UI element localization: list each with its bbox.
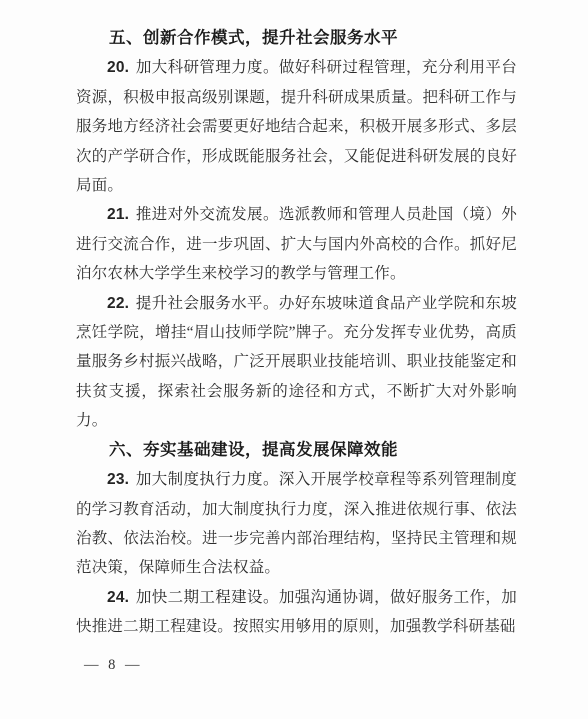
paragraph: 21. 推进对外交流发展。选派教师和管理人员赴国（境）外进行交流合作，进一步巩固… bbox=[76, 200, 517, 288]
paragraph-lead: 提升社会服务水平。 bbox=[136, 295, 279, 312]
paragraph-body: 做好科研过程管理，充分利用平台资源，积极申报高级别课题，提升科研成果质量。把科研… bbox=[76, 59, 517, 194]
paragraph-number: 21. bbox=[107, 206, 134, 223]
section-heading: 六、夯实基础建设，提高发展保障效能 bbox=[76, 436, 517, 465]
document-page: 五、创新合作模式，提升社会服务水平20. 加大科研管理力度。做好科研过程管理，充… bbox=[0, 0, 588, 719]
paragraph-lead: 加大科研管理力度。 bbox=[136, 59, 279, 76]
paragraph-lead: 加快二期工程建设。 bbox=[136, 589, 279, 606]
document-content: 五、创新合作模式，提升社会服务水平20. 加大科研管理力度。做好科研过程管理，充… bbox=[76, 24, 517, 642]
paragraph-body: 办好东坡味道食品产业学院和东坡烹饪学院，增挂“眉山技师学院”牌子。充分发挥专业优… bbox=[76, 295, 517, 430]
paragraph: 22. 提升社会服务水平。办好东坡味道食品产业学院和东坡烹饪学院，增挂“眉山技师… bbox=[76, 289, 517, 436]
paragraph: 20. 加大科研管理力度。做好科研过程管理，充分利用平台资源，积极申报高级别课题… bbox=[76, 53, 517, 200]
paragraph-lead: 加大制度执行力度。 bbox=[136, 471, 279, 488]
paragraph-number: 24. bbox=[107, 589, 134, 606]
paragraph-number: 20. bbox=[107, 59, 134, 76]
paragraph-number: 22. bbox=[107, 295, 134, 312]
section-heading: 五、创新合作模式，提升社会服务水平 bbox=[76, 24, 517, 53]
paragraph: 24. 加快二期工程建设。加强沟通协调，做好服务工作，加快推进二期工程建设。按照… bbox=[76, 583, 517, 642]
paragraph: 23. 加大制度执行力度。深入开展学校章程等系列管理制度的学习教育活动，加大制度… bbox=[76, 465, 517, 583]
paragraph-number: 23. bbox=[107, 471, 134, 488]
paragraph-lead: 推进对外交流发展。 bbox=[136, 206, 279, 223]
page-number: — 8 — bbox=[84, 657, 143, 674]
